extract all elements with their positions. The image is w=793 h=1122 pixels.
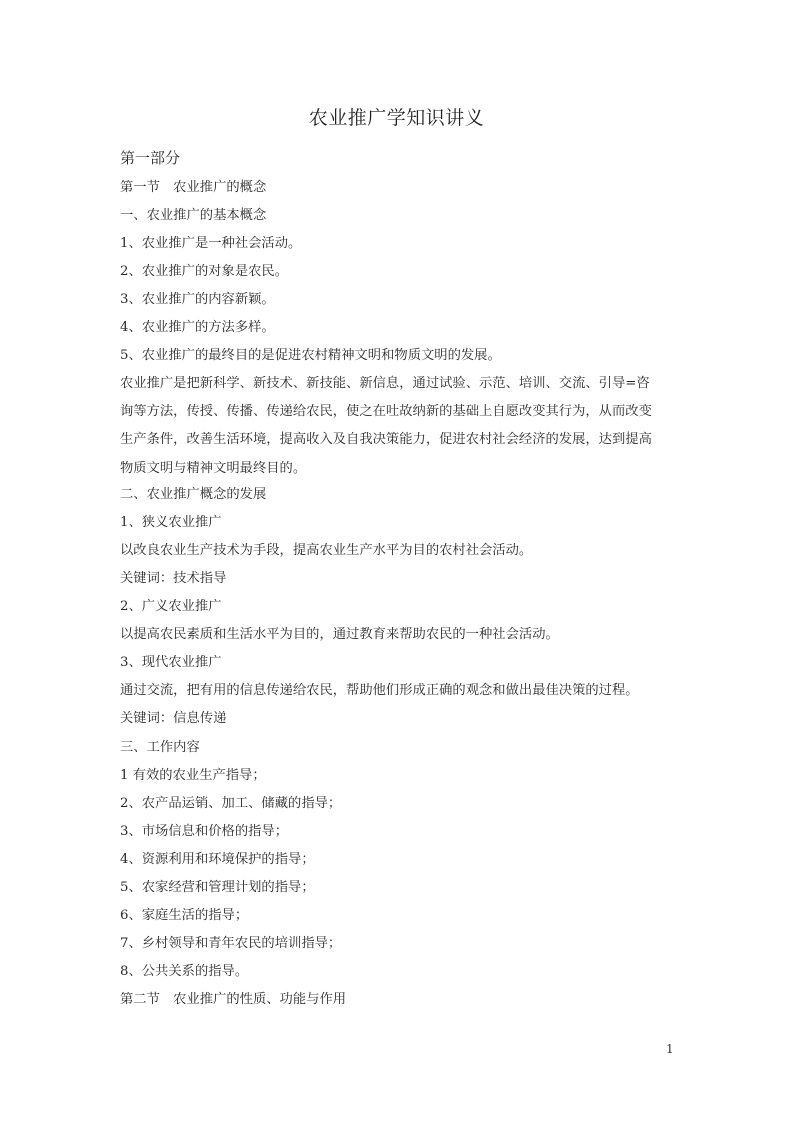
list-item: 2、农产品运销、加工、储藏的指导； — [120, 796, 341, 812]
part-heading: 第一部分 — [120, 150, 180, 166]
document-title: 农业推广学知识讲义 — [0, 103, 793, 130]
subsection-heading: 二、农业推广概念的发展 — [120, 487, 266, 503]
text-line: 以改良农业生产技术为手段，提高农业生产水平为目的农村社会活动。 — [120, 543, 532, 559]
list-item: 1、农业推广是一种社会活动。 — [120, 236, 301, 252]
list-item: 8、公共关系的指导。 — [120, 964, 248, 980]
text-line: 通过交流，把有用的信息传递给农民，帮助他们形成正确的观念和做出最佳决策的过程。 — [120, 683, 639, 699]
text-line: 关键词：技术指导 — [120, 571, 226, 587]
list-item: 4、农业推广的方法多样。 — [120, 320, 275, 336]
text-line: 3、现代农业推广 — [120, 655, 222, 671]
text-line: 关键词：信息传递 — [120, 711, 226, 727]
subsection-heading: 三、工作内容 — [120, 740, 200, 756]
list-item: 3、农业推广的内容新颖。 — [120, 292, 275, 308]
list-item: 7、乡村领导和青年农民的培训指导； — [120, 936, 341, 952]
paragraph-line: 农业推广是把新科学、新技术、新技能、新信息，通过试验、示范、培训、交流、引导=咨 — [120, 370, 676, 398]
paragraph-line: 物质文明与精神文明最终目的。 — [120, 455, 676, 483]
list-item: 6、家庭生活的指导； — [120, 908, 248, 924]
subsection-heading: 一、农业推广的基本概念 — [120, 208, 266, 224]
text-line: 2、广义农业推广 — [120, 599, 222, 615]
list-item: 5、农家经营和管理计划的指导； — [120, 880, 315, 896]
list-item: 1 有效的农业生产指导； — [120, 768, 266, 784]
list-item: 3、市场信息和价格的指导； — [120, 824, 288, 840]
section-heading: 第二节 农业推广的性质、功能与作用 — [120, 992, 346, 1008]
paragraph-line: 生产条件，改善生活环境，提高收入及自我决策能力，促进农村社会经济的发展，达到提高 — [120, 426, 676, 454]
definition-paragraph: 农业推广是把新科学、新技术、新技能、新信息，通过试验、示范、培训、交流、引导=咨… — [120, 370, 676, 483]
text-line: 1、狭义农业推广 — [120, 515, 222, 531]
section-heading: 第一节 农业推广的概念 — [120, 180, 266, 196]
text-line: 以提高农民素质和生活水平为目的，通过教育来帮助农民的一种社会活动。 — [120, 627, 559, 643]
list-item: 5、农业推广的最终目的是促进农村精神文明和物质文明的发展。 — [120, 348, 501, 364]
page-number: 1 — [666, 1042, 674, 1056]
document-page: 农业推广学知识讲义 第一部分 第一节 农业推广的概念 一、农业推广的基本概念 1… — [0, 0, 793, 1122]
list-item: 2、农业推广的对象是农民。 — [120, 264, 288, 280]
paragraph-line: 询等方法，传授、传播、传递给农民，使之在吐故纳新的基础上自愿改变其行为，从而改变 — [120, 398, 676, 426]
list-item: 4、资源利用和环境保护的指导； — [120, 852, 315, 868]
